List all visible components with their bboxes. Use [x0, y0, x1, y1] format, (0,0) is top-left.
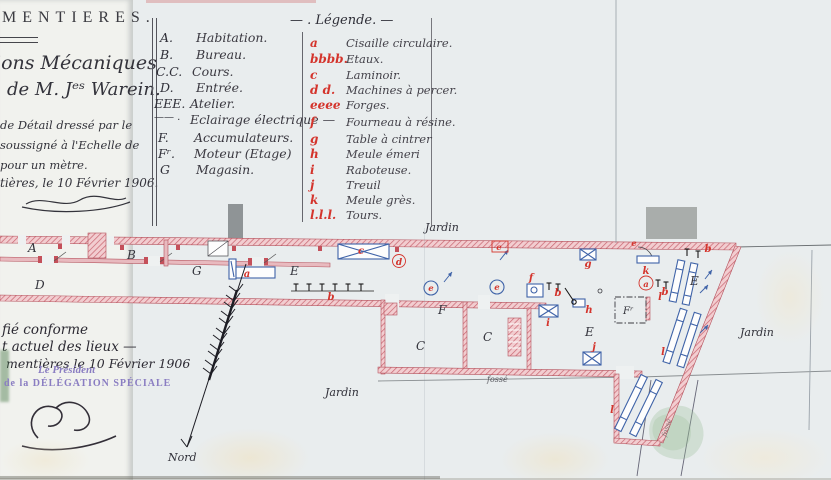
room-B: B [126, 248, 136, 262]
legend-row: —— .Eclairage électrique — [154, 112, 335, 127]
president-signature [8, 392, 128, 454]
legend-row-red: jTreuil [310, 178, 381, 192]
mark-d: d [396, 258, 403, 268]
title-divider [0, 37, 38, 43]
mark-b4: b [705, 244, 712, 255]
mark-l3: l [610, 405, 614, 416]
legend-row-red: hMeule émeri [310, 147, 420, 161]
stamp-line-1: Le Président [38, 364, 95, 376]
mark-e-lamp2: e [494, 283, 500, 293]
room-F-motor: Fʳ [622, 306, 634, 317]
fosse-label: fossé [486, 375, 508, 384]
legend-row-red: bbbb.Etaux. [310, 52, 383, 66]
mark-g: g [585, 259, 592, 270]
room-E-right: E [689, 274, 699, 288]
mark-b3: b [662, 287, 669, 298]
legend-row-red: l.l.l.Tours. [310, 208, 382, 222]
legend-row: B.Bureau. [160, 47, 246, 62]
room-A: A [27, 241, 37, 255]
legend-row: EEE.Atelier. [154, 96, 235, 111]
motor-room-box [598, 289, 646, 323]
city-title: MENTIERES. [2, 9, 156, 27]
mark-a2: a [643, 280, 649, 290]
title-line-1: ions Mécaniques [0, 52, 157, 74]
mark-b: b [328, 292, 335, 303]
legend-row: D.Entrée. [160, 80, 243, 95]
title-block: MENTIERES. ions Mécaniques de M. Jᵉˢ War… [0, 0, 148, 235]
architect-signature [18, 190, 138, 214]
title-detail-3: pour un mètre. [0, 158, 88, 172]
raboteuse [539, 305, 558, 317]
paper-fold [424, 228, 425, 480]
mark-l2: l [661, 347, 665, 358]
legend-row-red: fFourneau à résine. [310, 115, 456, 129]
legend-row: GMagasin. [160, 162, 254, 177]
legend-row: Fʳ.Moteur (Etage) [158, 146, 292, 161]
legend-row-red: gTable à cintrer [310, 132, 432, 146]
mark-b2: b [555, 288, 562, 299]
room-G: G [192, 264, 202, 278]
nord-label: Nord [167, 451, 197, 464]
title-detail-2: soussigné à l'Echelle de [0, 138, 139, 152]
paper-fold [615, 0, 617, 243]
room-E-mid: E [584, 325, 594, 339]
certify-line-3: mentières le 10 Février 1906 [6, 356, 190, 371]
legend-row-red: eeeeForges. [310, 98, 390, 112]
title-line-2: de M. Jᵉˢ Warein. [7, 79, 161, 100]
legend-row: C.C.Cours. [156, 64, 234, 79]
mark-e-forge: e [496, 243, 502, 253]
legend-row: A.Habitation. [160, 30, 267, 45]
stamp-line-2: de la DÉLÉGATION SPÉCIALE [4, 378, 171, 389]
mark-c: c [358, 246, 364, 257]
legend-row-red: kMeule grès. [310, 193, 415, 207]
mark-a: a [244, 269, 250, 280]
scanned-plan-document: a c d b e e e e f b g h i j k a b b l l … [0, 0, 831, 480]
room-C2: C [483, 330, 492, 344]
legend-row-red: aCisaille circulaire. [310, 36, 452, 50]
room-F: F [437, 303, 447, 317]
legend-column-divider [302, 32, 303, 222]
legend-title: — . Légende. — [290, 13, 393, 28]
mark-e-lamp: e [428, 284, 434, 294]
mark-j: j [590, 342, 596, 353]
mark-i: i [546, 318, 550, 329]
legend-row-red: d d.Machines à percer. [310, 83, 457, 97]
title-detail-1: de Détail dressé par le [0, 118, 132, 132]
room-D: D [34, 278, 45, 292]
certify-line-1: fié conforme [2, 322, 88, 338]
fourneau [527, 284, 543, 297]
certify-line-2: t actuel des lieux — [2, 339, 137, 355]
mark-f: f [528, 273, 535, 284]
machines [229, 244, 712, 436]
jardin-bottom-label: Jardin [323, 386, 359, 399]
mark-h: h [585, 305, 592, 316]
title-detail-4: tières, le 10 Février 1906. [0, 176, 158, 190]
mark-e-forge2: e [631, 239, 637, 249]
legend-row-red: iRaboteuse. [310, 163, 411, 177]
legend-row: F.Accumulateurs. [158, 130, 293, 145]
legend-panel: — . Légende. — A.Habitation. B.Bureau. C… [150, 12, 432, 226]
mark-k: k [643, 266, 650, 277]
mark-l1: l [658, 292, 662, 303]
treuil [583, 352, 601, 365]
jardin-right-label: Jardin [738, 326, 774, 339]
garden-vegetation [649, 406, 703, 460]
room-E-left: E [289, 264, 299, 278]
legend-row-red: cLaminoir. [310, 68, 401, 82]
